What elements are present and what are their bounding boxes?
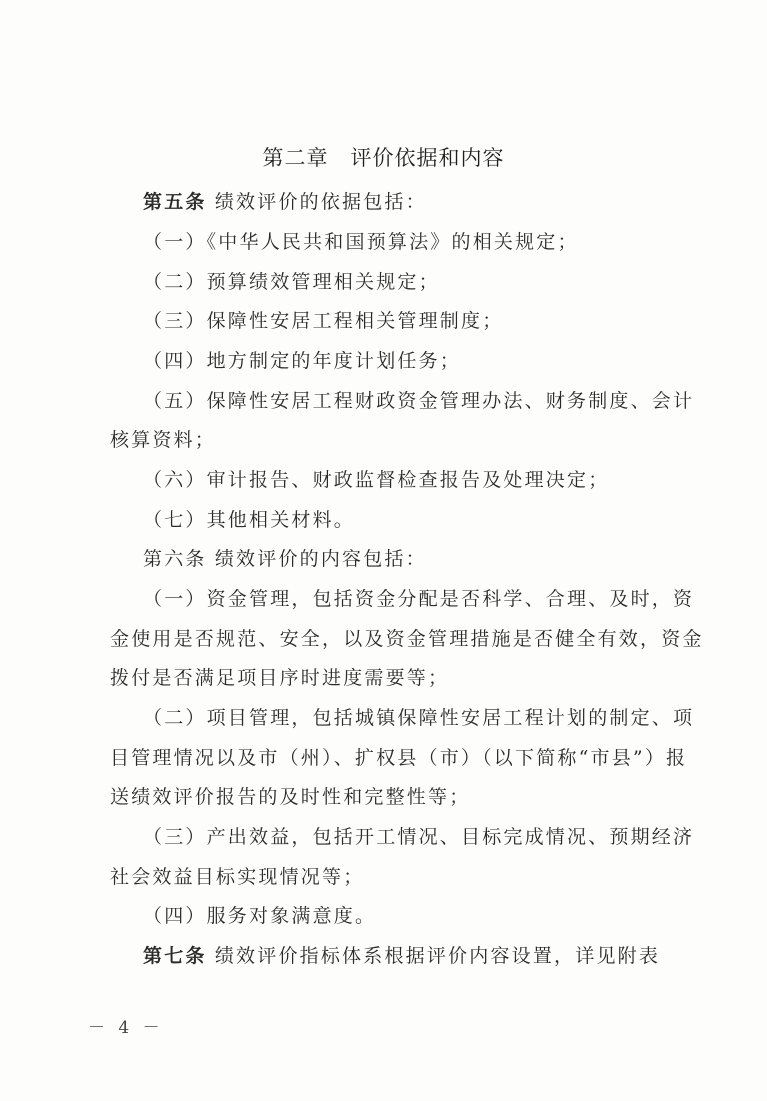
chapter-title: 第二章 评价依据和内容 [0, 142, 767, 172]
basis-item-5: （五）保障性安居工程财政资金管理办法、财务制度、会计 [143, 386, 743, 413]
article-label: 第七条 [143, 945, 207, 967]
content-item-2-cont: 目管理情况以及市（州）、扩权县（市）（以下简称“市县”）报 [110, 743, 710, 770]
basis-item-6: （六）审计报告、财政监督检查报告及处理决定； [143, 465, 743, 492]
article-7-heading: 第七条 绩效评价指标体系根据评价内容设置，详见附表 [143, 941, 743, 968]
page-number: － 4 － [88, 1013, 164, 1038]
basis-item-5-cont: 核算资料； [110, 425, 710, 452]
basis-item-3: （三）保障性安居工程相关管理制度； [143, 306, 743, 333]
basis-item-4: （四）地方制定的年度计划任务； [143, 346, 743, 373]
content-item-4: （四）服务对象满意度。 [143, 901, 743, 928]
content-item-2: （二）项目管理，包括城镇保障性安居工程计划的制定、项 [143, 703, 743, 730]
document-page: 第二章 评价依据和内容 第五条 绩效评价的依据包括： （一）《中华人民共和国预算… [0, 0, 767, 1101]
article-5-heading: 第五条 绩效评价的依据包括： [143, 187, 743, 214]
article-6-heading: 第六条 绩效评价的内容包括： [143, 544, 743, 571]
content-item-2-cont2: 送绩效评价报告的及时性和完整性等； [110, 782, 710, 809]
basis-item-1: （一）《中华人民共和国预算法》的相关规定； [143, 227, 743, 254]
basis-item-7: （七）其他相关材料。 [143, 505, 743, 532]
basis-item-2: （二）预算绩效管理相关规定； [143, 267, 743, 294]
content-item-1: （一）资金管理，包括资金分配是否科学、合理、及时，资 [143, 584, 743, 611]
content-item-1-cont: 金使用是否规范、安全，以及资金管理措施是否健全有效，资金 [110, 624, 710, 651]
content-item-1-cont2: 拨付是否满足项目序时进度需要等； [110, 663, 710, 690]
content-item-3-cont: 社会效益目标实现情况等； [110, 862, 710, 889]
content-item-3: （三）产出效益，包括开工情况、目标完成情况、预期经济 [143, 822, 743, 849]
article-label: 第五条 [143, 191, 207, 213]
